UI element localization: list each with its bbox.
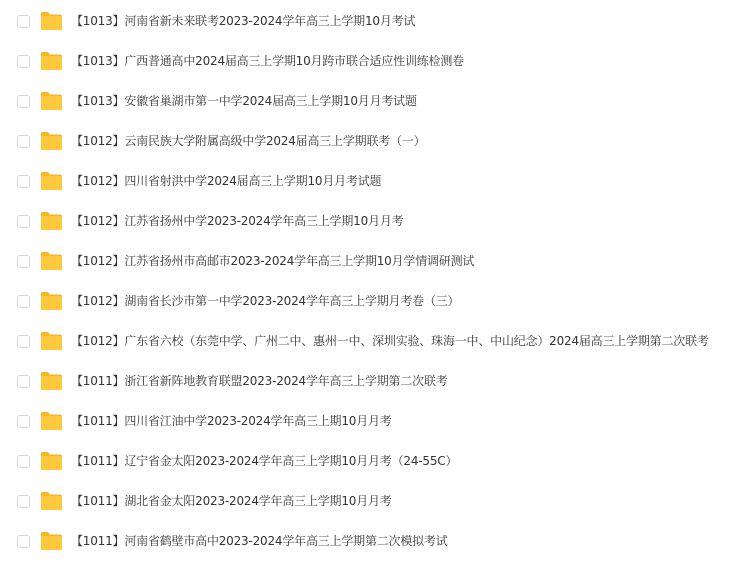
item-name[interactable]: 【1012】云南民族大学附属高级中学2024届高三上学期联考（一） xyxy=(71,133,425,149)
list-item[interactable]: 【1013】河南省新未来联考2023-2024学年高三上学期10月考试 xyxy=(0,1,736,41)
item-name[interactable]: 【1012】四川省射洪中学2024届高三上学期10月月考试题 xyxy=(71,173,381,189)
list-item[interactable]: 【1012】四川省射洪中学2024届高三上学期10月月考试题 xyxy=(0,161,736,201)
item-name[interactable]: 【1012】江苏省扬州中学2023-2024学年高三上学期10月月考 xyxy=(71,213,403,229)
item-name[interactable]: 【1013】河南省新未来联考2023-2024学年高三上学期10月考试 xyxy=(71,13,415,29)
folder-icon xyxy=(41,52,62,70)
list-item[interactable]: 【1011】四川省江油中学2023-2024学年高三上期10月月考 xyxy=(0,401,736,441)
item-name[interactable]: 【1013】安徽省巢湖市第一中学2024届高三上学期10月月考试题 xyxy=(71,93,417,109)
checkbox-unchecked-icon[interactable] xyxy=(17,455,30,468)
folder-icon xyxy=(41,92,62,110)
checkbox-unchecked-icon[interactable] xyxy=(17,375,30,388)
checkbox-unchecked-icon[interactable] xyxy=(17,335,30,348)
folder-icon xyxy=(41,412,62,430)
item-name[interactable]: 【1011】湖北省金太阳2023-2024学年高三上学期10月月考 xyxy=(71,493,392,509)
item-name[interactable]: 【1012】江苏省扬州市高邮市2023-2024学年高三上学期10月学情调研测试 xyxy=(71,253,474,269)
folder-icon xyxy=(41,172,62,190)
list-item[interactable]: 【1011】湖北省金太阳2023-2024学年高三上学期10月月考 xyxy=(0,481,736,521)
folder-icon xyxy=(41,332,62,350)
checkbox-unchecked-icon[interactable] xyxy=(17,295,30,308)
file-list: 【1013】河南省新未来联考2023-2024学年高三上学期10月考试 【101… xyxy=(0,0,736,566)
checkbox-unchecked-icon[interactable] xyxy=(17,535,30,548)
list-item[interactable]: 【1012】江苏省扬州中学2023-2024学年高三上学期10月月考 xyxy=(0,201,736,241)
list-item[interactable]: 【1011】浙江省新阵地教育联盟2023-2024学年高三上学期第二次联考 xyxy=(0,361,736,401)
item-name[interactable]: 【1013】广西普通高中2024届高三上学期10月跨市联合适应性训练检测卷 xyxy=(71,53,464,69)
checkbox-unchecked-icon[interactable] xyxy=(17,15,30,28)
checkbox-unchecked-icon[interactable] xyxy=(17,135,30,148)
checkbox-unchecked-icon[interactable] xyxy=(17,55,30,68)
folder-icon xyxy=(41,292,62,310)
list-item[interactable]: 【1011】辽宁省金太阳2023-2024学年高三上学期10月月考（24-55C… xyxy=(0,441,736,481)
checkbox-unchecked-icon[interactable] xyxy=(17,415,30,428)
folder-icon xyxy=(41,12,62,30)
list-item[interactable]: 【1011】河南省鹤壁市高中2023-2024学年高三上学期第二次模拟考试 xyxy=(0,521,736,561)
folder-icon xyxy=(41,492,62,510)
folder-icon xyxy=(41,252,62,270)
list-item[interactable]: 【1012】云南民族大学附属高级中学2024届高三上学期联考（一） xyxy=(0,121,736,161)
list-item[interactable]: 【1012】江苏省扬州市高邮市2023-2024学年高三上学期10月学情调研测试 xyxy=(0,241,736,281)
item-name[interactable]: 【1011】浙江省新阵地教育联盟2023-2024学年高三上学期第二次联考 xyxy=(71,373,448,389)
checkbox-unchecked-icon[interactable] xyxy=(17,175,30,188)
list-item[interactable]: 【1013】安徽省巢湖市第一中学2024届高三上学期10月月考试题 xyxy=(0,81,736,121)
list-item[interactable]: 【1012】湖南省长沙市第一中学2023-2024学年高三上学期月考卷（三） xyxy=(0,281,736,321)
folder-icon xyxy=(41,452,62,470)
checkbox-unchecked-icon[interactable] xyxy=(17,495,30,508)
item-name[interactable]: 【1012】湖南省长沙市第一中学2023-2024学年高三上学期月考卷（三） xyxy=(71,293,459,309)
folder-icon xyxy=(41,212,62,230)
item-name[interactable]: 【1012】广东省六校（东莞中学、广州二中、惠州一中、深圳实验、珠海一中、中山纪… xyxy=(71,333,709,349)
item-name[interactable]: 【1011】四川省江油中学2023-2024学年高三上期10月月考 xyxy=(71,413,392,429)
folder-icon xyxy=(41,372,62,390)
item-name[interactable]: 【1011】辽宁省金太阳2023-2024学年高三上学期10月月考（24-55C… xyxy=(71,453,457,469)
item-name[interactable]: 【1011】河南省鹤壁市高中2023-2024学年高三上学期第二次模拟考试 xyxy=(71,533,448,549)
checkbox-unchecked-icon[interactable] xyxy=(17,95,30,108)
checkbox-unchecked-icon[interactable] xyxy=(17,255,30,268)
list-item[interactable]: 【1012】广东省六校（东莞中学、广州二中、惠州一中、深圳实验、珠海一中、中山纪… xyxy=(0,321,736,361)
folder-icon xyxy=(41,532,62,550)
folder-icon xyxy=(41,132,62,150)
list-item[interactable]: 【1013】广西普通高中2024届高三上学期10月跨市联合适应性训练检测卷 xyxy=(0,41,736,81)
checkbox-unchecked-icon[interactable] xyxy=(17,215,30,228)
